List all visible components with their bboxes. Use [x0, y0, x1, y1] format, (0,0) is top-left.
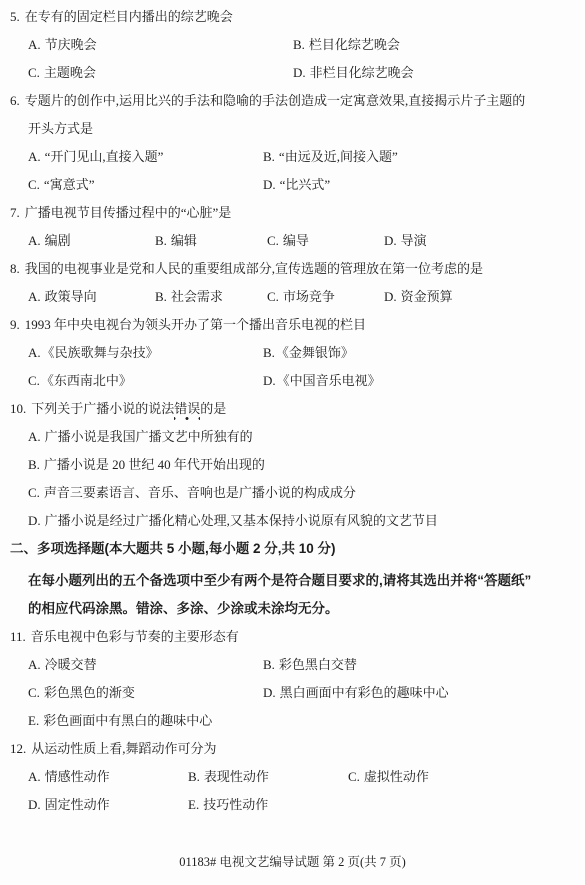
question-10-option-a: A.广播小说是我国广播文艺中所独有的: [28, 423, 575, 451]
option-label: A.: [28, 37, 41, 52]
question-10-option-b: B.广播小说是 20 世纪 40 年代开始出现的: [28, 451, 575, 479]
option-text: 黑白画面中有彩色的趣味中心: [280, 685, 449, 700]
option-text: 《金舞银饰》: [276, 345, 354, 360]
option-label: D.: [28, 513, 41, 528]
option-label: D.: [263, 685, 276, 700]
option-row: A.广播小说是我国广播文艺中所独有的: [28, 423, 575, 451]
option-label: D.: [28, 797, 41, 812]
question-11-option-a: A.冷暖交替: [28, 651, 263, 679]
question-text: 的是: [200, 401, 226, 416]
option-text: “由远及近,间接入题”: [279, 149, 398, 164]
question-12-option-a: A.情感性动作: [28, 763, 188, 791]
question-9-stem: 9.1993 年中央电视台为领头开办了第一个播出音乐电视的栏目: [10, 311, 575, 339]
option-label: A.: [28, 289, 41, 304]
option-label: C.: [348, 769, 360, 784]
question-11-option-c: C.彩色黑色的渐变: [28, 679, 263, 707]
option-row: A.情感性动作 B.表现性动作 C.虚拟性动作: [28, 763, 575, 791]
question-7-option-d: D.导演: [384, 227, 575, 255]
option-text: 导演: [401, 233, 427, 248]
question-12-option-e: E.技巧性动作: [188, 791, 348, 819]
question-10-options: A.广播小说是我国广播文艺中所独有的 B.广播小说是 20 世纪 40 年代开始…: [10, 423, 575, 535]
option-label: B.: [263, 149, 275, 164]
exam-page: 5.在专有的固定栏目内播出的综艺晚会 A.节庆晚会 B.栏目化综艺晚会 C.主题…: [10, 3, 575, 819]
question-number: 10.: [10, 401, 26, 416]
option-text: 编辑: [171, 233, 197, 248]
question-10-option-c: C.声音三要素语言、音乐、音响也是广播小说的构成成分: [28, 479, 575, 507]
option-text: 《民族歌舞与杂技》: [42, 345, 159, 360]
option-text: 广播小说是 20 世纪 40 年代开始出现的: [44, 457, 265, 472]
option-text: 《东西南北中》: [41, 373, 132, 388]
option-label: B.: [28, 457, 40, 472]
option-text: 彩色黑白交替: [279, 657, 357, 672]
question-7-options: A.编剧 B.编辑 C.编导 D.导演: [10, 227, 575, 255]
option-row: D.广播小说是经过广播化精心处理,又基本保持小说原有风貌的文艺节目: [28, 507, 575, 535]
question-text: 1993 年中央电视台为领头开办了第一个播出音乐电视的栏目: [25, 317, 366, 332]
question-number: 6.: [10, 93, 20, 108]
option-text: 社会需求: [171, 289, 223, 304]
option-text: 广播小说是我国广播文艺中所独有的: [45, 429, 253, 444]
option-row: A.冷暖交替 B.彩色黑白交替: [28, 651, 575, 679]
option-row: C.“寓意式” D.“比兴式”: [28, 171, 575, 199]
question-12-stem: 12.从运动性质上看,舞蹈动作可分为: [10, 735, 575, 763]
option-label: A.: [28, 769, 41, 784]
option-label: E.: [188, 797, 199, 812]
question-text: 专题片的创作中,运用比兴的手法和隐喻的手法创造成一定寓意效果,直接揭示片子主题的: [25, 93, 526, 108]
question-9-option-a: A.《民族歌舞与杂技》: [28, 339, 263, 367]
question-text: 音乐电视中色彩与节奏的主要形态有: [31, 629, 239, 644]
option-label: B.: [293, 37, 305, 52]
question-11-option-b: B.彩色黑白交替: [263, 651, 575, 679]
question-text: 在专有的固定栏目内播出的综艺晚会: [25, 9, 233, 24]
option-row: A.“开门见山,直接入题” B.“由远及近,间接入题”: [28, 143, 575, 171]
option-row: C.《东西南北中》 D.《中国音乐电视》: [28, 367, 575, 395]
question-10-option-d: D.广播小说是经过广播化精心处理,又基本保持小说原有风貌的文艺节目: [28, 507, 575, 535]
question-7-option-b: B.编辑: [155, 227, 267, 255]
question-12-option-d: D.固定性动作: [28, 791, 188, 819]
option-label: E.: [28, 713, 39, 728]
question-9-option-d: D.《中国音乐电视》: [263, 367, 575, 395]
option-text: “比兴式”: [280, 177, 331, 192]
option-text: 政策导向: [45, 289, 97, 304]
question-text: 广播电视节目传播过程中的“心脏”是: [25, 205, 232, 220]
option-text: “开门见山,直接入题”: [45, 149, 164, 164]
question-number: 5.: [10, 9, 20, 24]
question-11-option-d: D.黑白画面中有彩色的趣味中心: [263, 679, 575, 707]
option-label: C.: [267, 233, 279, 248]
section-2-instruction-line-1: 在每小题列出的五个备选项中至少有两个是符合题目要求的,请将其选出并将“答题纸”: [10, 567, 575, 595]
question-11-option-e: E.彩色画面中有黑白的趣味中心: [28, 707, 575, 735]
question-11-stem: 11.音乐电视中色彩与节奏的主要形态有: [10, 623, 575, 651]
question-text: 我国的电视事业是党和人民的重要组成部分,宣传选题的管理放在第一位考虑的是: [25, 261, 483, 276]
option-label: C.: [267, 289, 279, 304]
option-text: 非栏目化综艺晚会: [310, 65, 414, 80]
option-text: 彩色画面中有黑白的趣味中心: [43, 713, 212, 728]
question-8-option-a: A.政策导向: [28, 283, 155, 311]
option-label: D.: [263, 373, 276, 388]
question-11-options: A.冷暖交替 B.彩色黑白交替 C.彩色黑色的渐变 D.黑白画面中有彩色的趣味中…: [10, 651, 575, 735]
option-row: A.政策导向 B.社会需求 C.市场竞争 D.资金预算: [28, 283, 575, 311]
option-label: A.: [28, 429, 41, 444]
option-label: B.: [155, 289, 167, 304]
option-label: D.: [263, 177, 276, 192]
question-5-options: A.节庆晚会 B.栏目化综艺晚会 C.主题晚会 D.非栏目化综艺晚会: [10, 31, 575, 87]
option-label: B.: [263, 345, 275, 360]
option-row: A.编剧 B.编辑 C.编导 D.导演: [28, 227, 575, 255]
option-label: B.: [263, 657, 275, 672]
question-7: 7.广播电视节目传播过程中的“心脏”是 A.编剧 B.编辑 C.编导 D.导演: [10, 199, 575, 255]
question-number: 9.: [10, 317, 20, 332]
question-7-option-a: A.编剧: [28, 227, 155, 255]
option-text: 固定性动作: [45, 797, 110, 812]
question-5: 5.在专有的固定栏目内播出的综艺晚会 A.节庆晚会 B.栏目化综艺晚会 C.主题…: [10, 3, 575, 87]
question-7-option-c: C.编导: [267, 227, 384, 255]
option-text: 节庆晚会: [45, 37, 97, 52]
option-row: B.广播小说是 20 世纪 40 年代开始出现的: [28, 451, 575, 479]
question-10-stem: 10.下列关于广播小说的说法错误的是: [10, 395, 575, 423]
question-5-stem: 5.在专有的固定栏目内播出的综艺晚会: [10, 3, 575, 31]
option-text: 编剧: [45, 233, 71, 248]
option-text: 技巧性动作: [203, 797, 268, 812]
option-row: A.节庆晚会 B.栏目化综艺晚会: [28, 31, 575, 59]
option-label: C.: [28, 65, 40, 80]
question-12: 12.从运动性质上看,舞蹈动作可分为 A.情感性动作 B.表现性动作 C.虚拟性…: [10, 735, 575, 819]
question-6-stem-continued: 开头方式是: [10, 115, 575, 143]
option-text: 《中国音乐电视》: [277, 373, 381, 388]
question-11: 11.音乐电视中色彩与节奏的主要形态有 A.冷暖交替 B.彩色黑白交替 C.彩色…: [10, 623, 575, 735]
option-text: 彩色黑色的渐变: [44, 685, 135, 700]
question-7-stem: 7.广播电视节目传播过程中的“心脏”是: [10, 199, 575, 227]
question-6-option-b: B.“由远及近,间接入题”: [263, 143, 575, 171]
option-text: 广播小说是经过广播化精心处理,又基本保持小说原有风貌的文艺节目: [45, 513, 438, 528]
question-5-option-c: C.主题晚会: [28, 59, 293, 87]
question-8-options: A.政策导向 B.社会需求 C.市场竞争 D.资金预算: [10, 283, 575, 311]
option-label: C.: [28, 685, 40, 700]
option-text: 情感性动作: [45, 769, 110, 784]
question-6-stem: 6.专题片的创作中,运用比兴的手法和隐喻的手法创造成一定寓意效果,直接揭示片子主…: [10, 87, 575, 115]
question-6-option-d: D.“比兴式”: [263, 171, 575, 199]
question-text: 从运动性质上看,舞蹈动作可分为: [31, 741, 216, 756]
question-8: 8.我国的电视事业是党和人民的重要组成部分,宣传选题的管理放在第一位考虑的是 A…: [10, 255, 575, 311]
question-8-option-b: B.社会需求: [155, 283, 267, 311]
question-number: 12.: [10, 741, 26, 756]
option-text: 资金预算: [401, 289, 453, 304]
option-row: C.声音三要素语言、音乐、音响也是广播小说的构成成分: [28, 479, 575, 507]
option-text: “寓意式”: [44, 177, 95, 192]
option-label: C.: [28, 485, 40, 500]
question-6-option-a: A.“开门见山,直接入题”: [28, 143, 263, 171]
option-label: A.: [28, 345, 41, 360]
option-label: D.: [384, 289, 397, 304]
question-6: 6.专题片的创作中,运用比兴的手法和隐喻的手法创造成一定寓意效果,直接揭示片子主…: [10, 87, 575, 199]
question-5-option-b: B.栏目化综艺晚会: [293, 31, 575, 59]
option-text: 虚拟性动作: [364, 769, 429, 784]
question-8-option-d: D.资金预算: [384, 283, 575, 311]
question-number: 7.: [10, 205, 20, 220]
question-9-options: A.《民族歌舞与杂技》 B.《金舞银饰》 C.《东西南北中》 D.《中国音乐电视…: [10, 339, 575, 395]
option-text: 栏目化综艺晚会: [309, 37, 400, 52]
emphasis-underdot-text: 错误: [174, 401, 200, 421]
option-row: C.彩色黑色的渐变 D.黑白画面中有彩色的趣味中心: [28, 679, 575, 707]
option-row: D.固定性动作 E.技巧性动作: [28, 791, 575, 819]
option-label: C.: [28, 373, 40, 388]
option-label: A.: [28, 657, 41, 672]
question-8-stem: 8.我国的电视事业是党和人民的重要组成部分,宣传选题的管理放在第一位考虑的是: [10, 255, 575, 283]
option-text: 市场竞争: [283, 289, 335, 304]
option-label: C.: [28, 177, 40, 192]
option-label: B.: [155, 233, 167, 248]
section-2-heading: 二、多项选择题(本大题共 5 小题,每小题 2 分,共 10 分): [10, 535, 575, 563]
option-text: 声音三要素语言、音乐、音响也是广播小说的构成成分: [44, 485, 356, 500]
question-number: 8.: [10, 261, 20, 276]
question-5-option-d: D.非栏目化综艺晚会: [293, 59, 575, 87]
option-row: A.《民族歌舞与杂技》 B.《金舞银饰》: [28, 339, 575, 367]
question-9: 9.1993 年中央电视台为领头开办了第一个播出音乐电视的栏目 A.《民族歌舞与…: [10, 311, 575, 395]
question-12-options: A.情感性动作 B.表现性动作 C.虚拟性动作 D.固定性动作 E.技巧性动作: [10, 763, 575, 819]
option-label: A.: [28, 149, 41, 164]
question-9-option-c: C.《东西南北中》: [28, 367, 263, 395]
section-2-instruction-line-2: 的相应代码涂黑。错涂、多涂、少涂或未涂均无分。: [10, 595, 575, 623]
section-2: 二、多项选择题(本大题共 5 小题,每小题 2 分,共 10 分) 在每小题列出…: [10, 535, 575, 623]
page-footer: 01183# 电视文艺编导试题 第 2 页(共 7 页): [0, 853, 585, 871]
question-12-option-b: B.表现性动作: [188, 763, 348, 791]
option-label: B.: [188, 769, 200, 784]
option-row: C.主题晚会 D.非栏目化综艺晚会: [28, 59, 575, 87]
option-label: D.: [384, 233, 397, 248]
question-8-option-c: C.市场竞争: [267, 283, 384, 311]
question-6-options: A.“开门见山,直接入题” B.“由远及近,间接入题” C.“寓意式” D.“比…: [10, 143, 575, 199]
option-text: 主题晚会: [44, 65, 96, 80]
question-9-option-b: B.《金舞银饰》: [263, 339, 575, 367]
question-5-option-a: A.节庆晚会: [28, 31, 293, 59]
option-text: 编导: [283, 233, 309, 248]
question-number: 11.: [10, 629, 26, 644]
option-text: 冷暖交替: [45, 657, 97, 672]
option-row: E.彩色画面中有黑白的趣味中心: [28, 707, 575, 735]
option-text: 表现性动作: [204, 769, 269, 784]
question-text: 开头方式是: [28, 121, 93, 136]
question-text: 下列关于广播小说的说法: [31, 401, 174, 416]
question-12-option-c: C.虚拟性动作: [348, 763, 575, 791]
option-label: D.: [293, 65, 306, 80]
option-label: A.: [28, 233, 41, 248]
question-6-option-c: C.“寓意式”: [28, 171, 263, 199]
question-10: 10.下列关于广播小说的说法错误的是 A.广播小说是我国广播文艺中所独有的 B.…: [10, 395, 575, 535]
